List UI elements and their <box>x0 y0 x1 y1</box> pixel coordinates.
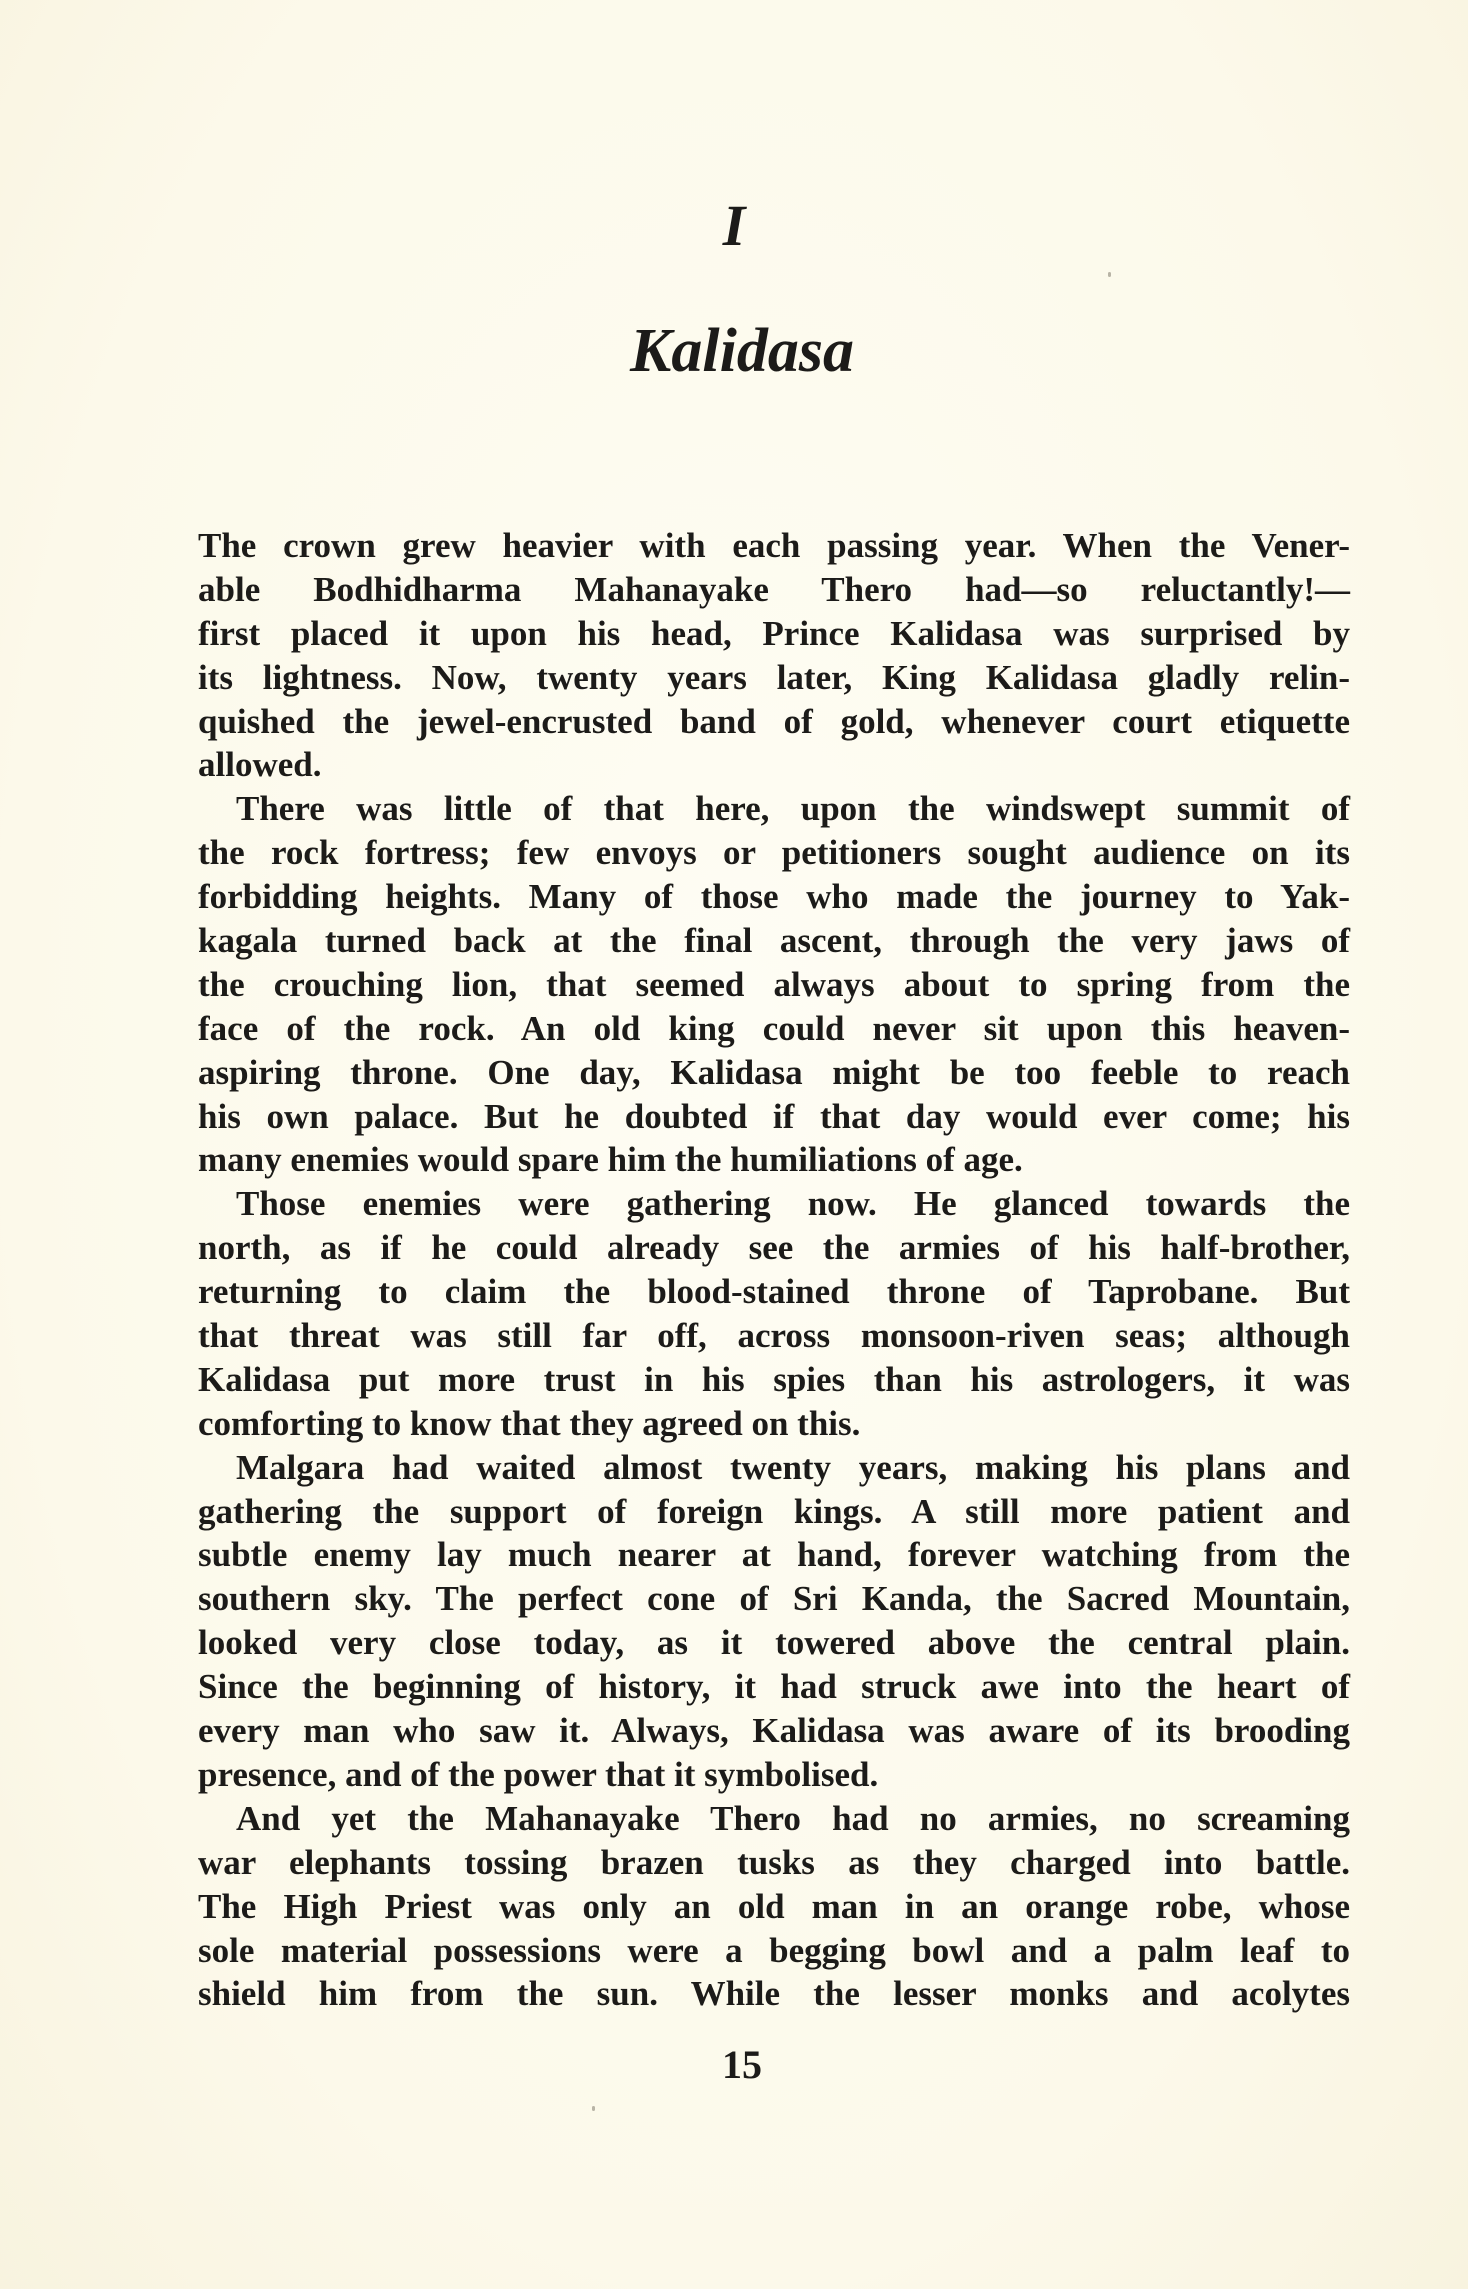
text-line: its lightness. Now, twenty years later, … <box>198 656 1350 700</box>
text-line: There was little of that here, upon the … <box>198 787 1350 831</box>
text-line: every man who saw it. Always, Kalidasa w… <box>198 1709 1350 1753</box>
page-number: 15 <box>8 2040 1468 2090</box>
text-line: aspiring throne. One day, Kalidasa might… <box>198 1051 1350 1095</box>
text-line: kagala turned back at the final ascent, … <box>198 919 1350 963</box>
book-page: I Kalidasa The crown grew heavier with e… <box>0 0 1468 2289</box>
paper-speck <box>1108 272 1111 277</box>
text-line: the crouching lion, that seemed always a… <box>198 963 1350 1007</box>
chapter-title: Kalidasa <box>8 316 1468 386</box>
text-line: The High Priest was only an old man in a… <box>198 1885 1350 1929</box>
chapter-number: I <box>0 196 1468 256</box>
text-line: war elephants tossing brazen tusks as th… <box>198 1841 1350 1885</box>
text-line: sole material possessions were a begging… <box>198 1929 1350 1973</box>
text-line: The crown grew heavier with each passing… <box>198 524 1350 568</box>
text-line: the rock fortress; few envoys or petitio… <box>198 831 1350 875</box>
chapter-body: The crown grew heavier with each passing… <box>198 524 1350 2016</box>
paragraph-3: Those enemies were gathering now. He gla… <box>198 1182 1350 1445</box>
paragraph-2: There was little of that here, upon the … <box>198 787 1350 1182</box>
text-line: many enemies would spare him the humilia… <box>198 1138 1350 1182</box>
text-line: allowed. <box>198 743 1350 787</box>
paragraph-5: And yet the Mahanayake Thero had no armi… <box>198 1797 1350 2016</box>
paragraph-4: Malgara had waited almost twenty years, … <box>198 1446 1350 1797</box>
paper-speck <box>592 2106 595 2111</box>
text-line: southern sky. The perfect cone of Sri Ka… <box>198 1577 1350 1621</box>
text-line: And yet the Mahanayake Thero had no armi… <box>198 1797 1350 1841</box>
text-line: Kalidasa put more trust in his spies tha… <box>198 1358 1350 1402</box>
text-line: Malgara had waited almost twenty years, … <box>198 1446 1350 1490</box>
text-line: shield him from the sun. While the lesse… <box>198 1972 1350 2016</box>
text-line: north, as if he could already see the ar… <box>198 1226 1350 1270</box>
text-line: his own palace. But he doubted if that d… <box>198 1095 1350 1139</box>
text-line: looked very close today, as it towered a… <box>198 1621 1350 1665</box>
text-line: that threat was still far off, across mo… <box>198 1314 1350 1358</box>
text-line: quished the jewel-encrusted band of gold… <box>198 700 1350 744</box>
text-line: Those enemies were gathering now. He gla… <box>198 1182 1350 1226</box>
text-line: gathering the support of foreign kings. … <box>198 1490 1350 1534</box>
text-line: face of the rock. An old king could neve… <box>198 1007 1350 1051</box>
text-line: subtle enemy lay much nearer at hand, fo… <box>198 1533 1350 1577</box>
text-line: able Bodhidharma Mahanayake Thero had—so… <box>198 568 1350 612</box>
text-line: presence, and of the power that it symbo… <box>198 1753 1350 1797</box>
text-line: Since the beginning of history, it had s… <box>198 1665 1350 1709</box>
text-line: comforting to know that they agreed on t… <box>198 1402 1350 1446</box>
text-line: returning to claim the blood-stained thr… <box>198 1270 1350 1314</box>
paragraph-1: The crown grew heavier with each passing… <box>198 524 1350 787</box>
text-line: forbidding heights. Many of those who ma… <box>198 875 1350 919</box>
text-line: first placed it upon his head, Prince Ka… <box>198 612 1350 656</box>
